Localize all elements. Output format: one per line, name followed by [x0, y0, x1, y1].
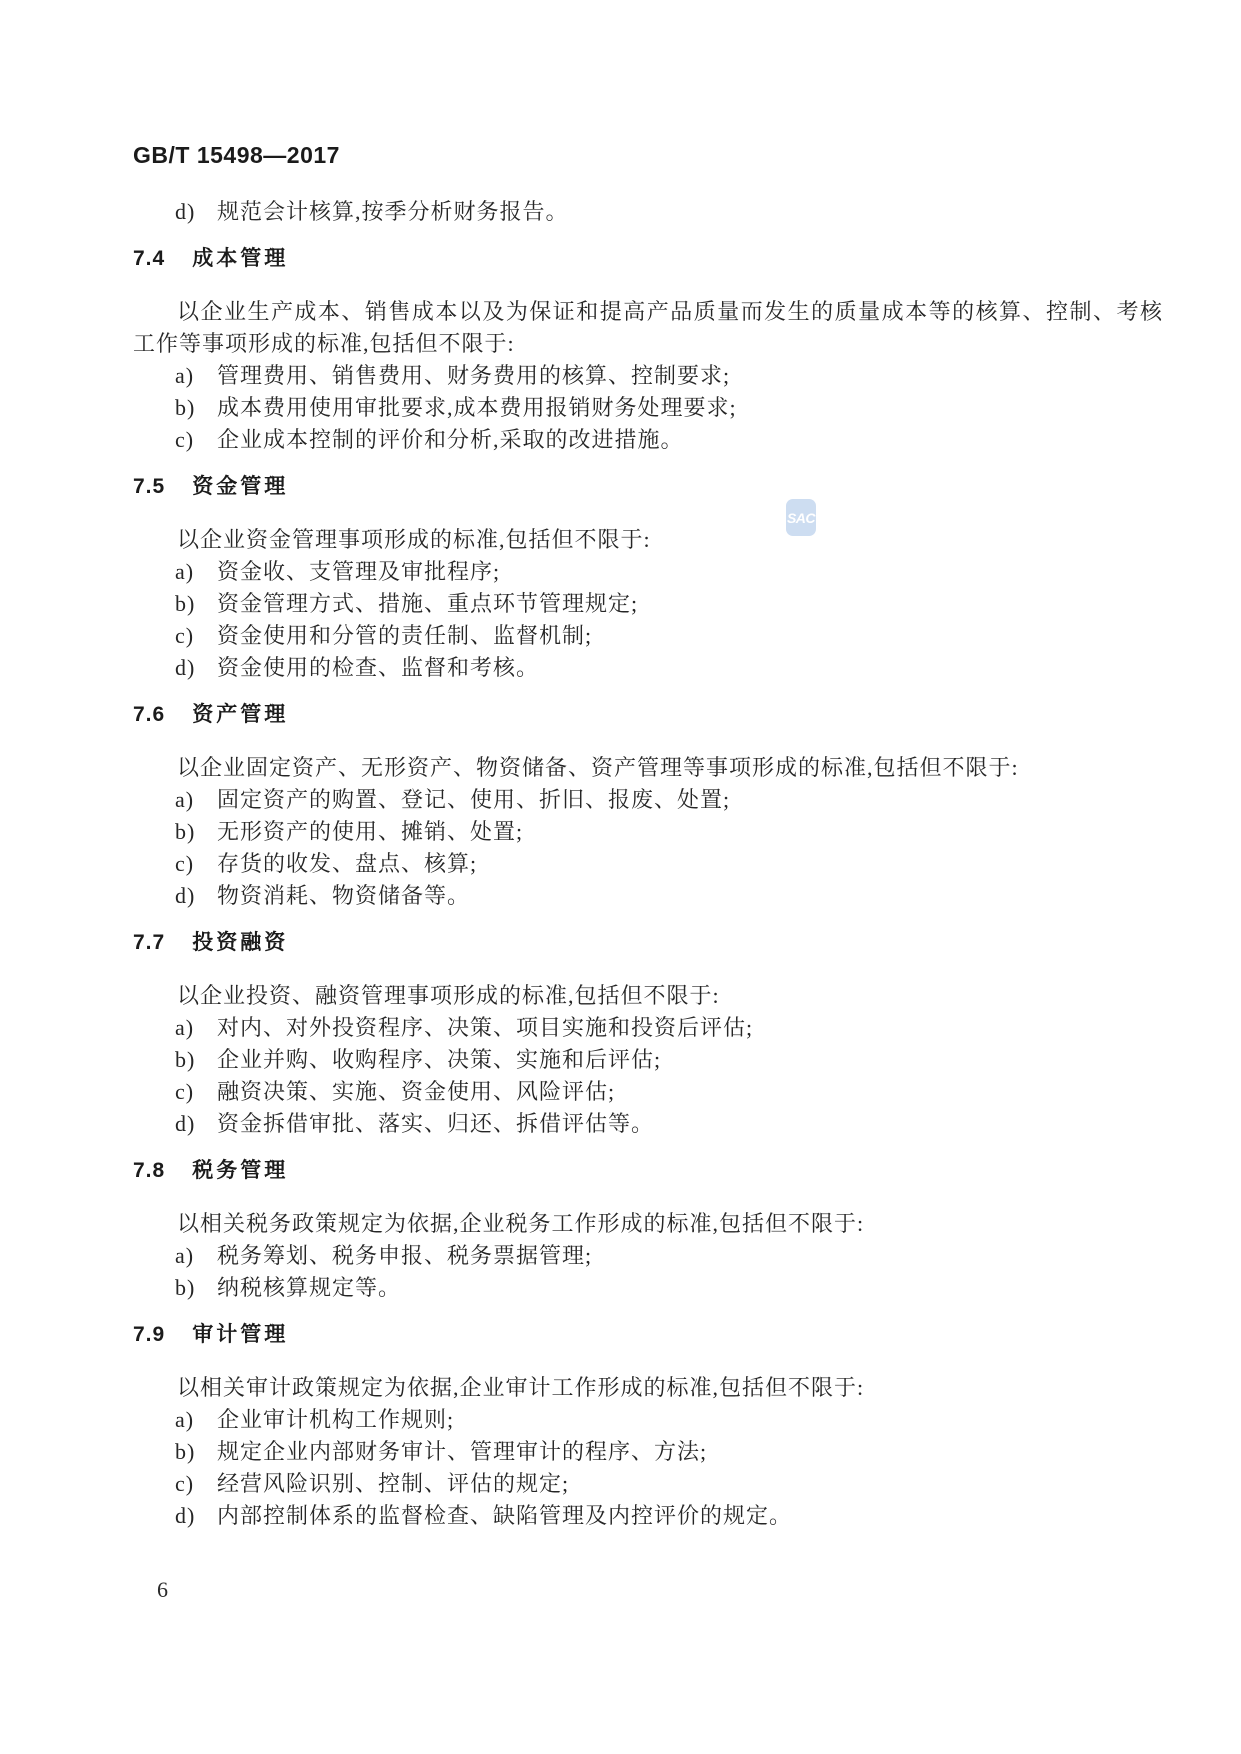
list-item: b) 成本费用使用审批要求,成本费用报销财务处理要求;	[133, 392, 1163, 424]
list-item-text: 企业并购、收购程序、决策、实施和后评估;	[217, 1047, 661, 1072]
section-intro: 以企业生产成本、销售成本以及为保证和提高产品质量而发生的质量成本等的核算、控制、…	[133, 296, 1163, 360]
list-item: b) 纳税核算规定等。	[133, 1272, 1163, 1304]
list-item-text: 规定企业内部财务审计、管理审计的程序、方法;	[217, 1439, 707, 1464]
section-number: 7.4	[133, 243, 165, 275]
section-heading: 7.8 税务管理	[133, 1155, 1163, 1187]
list-item-text: 企业成本控制的评价和分析,采取的改进措施。	[217, 427, 684, 452]
section-title: 成本管理	[192, 243, 288, 275]
list-item-text: 企业审计机构工作规则;	[217, 1407, 454, 1432]
list-item-text: 资金收、支管理及审批程序;	[217, 559, 500, 584]
section-intro: 以企业资金管理事项形成的标准,包括但不限于:	[133, 524, 1163, 556]
section-number: 7.5	[133, 471, 165, 503]
list-item: a) 税务筹划、税务申报、税务票据管理;	[133, 1240, 1163, 1272]
list-item: c) 存货的收发、盘点、核算;	[133, 848, 1163, 880]
list-item: c) 融资决策、实施、资金使用、风险评估;	[133, 1076, 1163, 1108]
section-number: 7.9	[133, 1319, 165, 1351]
section-title: 投资融资	[192, 927, 288, 959]
list-item: b) 企业并购、收购程序、决策、实施和后评估;	[133, 1044, 1163, 1076]
list-item-letter: c)	[175, 848, 194, 880]
list-item-text: 固定资产的购置、登记、使用、折旧、报废、处置;	[217, 787, 730, 812]
section-intro: 以企业投资、融资管理事项形成的标准,包括但不限于:	[133, 980, 1163, 1012]
list-item-letter: c)	[175, 1468, 194, 1500]
list-item-letter: c)	[175, 1076, 194, 1108]
section-heading: 7.9 审计管理	[133, 1319, 1163, 1351]
section-heading: 7.7 投资融资	[133, 927, 1163, 959]
list-item: a) 固定资产的购置、登记、使用、折旧、报废、处置;	[133, 784, 1163, 816]
section-audit-management: 7.9 审计管理 以相关审计政策规定为依据,企业审计工作形成的标准,包括但不限于…	[133, 1319, 1163, 1532]
section-intro: 以相关审计政策规定为依据,企业审计工作形成的标准,包括但不限于:	[133, 1372, 1163, 1404]
list-item-letter: b)	[175, 1436, 195, 1468]
list-item-text: 无形资产的使用、摊销、处置;	[217, 819, 523, 844]
list-item-letter: d)	[175, 652, 195, 684]
list-item-letter: b)	[175, 1044, 195, 1076]
list-item: b) 规定企业内部财务审计、管理审计的程序、方法;	[133, 1436, 1163, 1468]
list-item: a) 企业审计机构工作规则;	[133, 1404, 1163, 1436]
list-item-letter: b)	[175, 816, 195, 848]
list-item-text: 纳税核算规定等。	[217, 1275, 401, 1300]
list-item-letter: d)	[175, 1108, 195, 1140]
list-item-text: 对内、对外投资程序、决策、项目实施和投资后评估;	[217, 1015, 753, 1040]
list-item-text: 规范会计核算,按季分析财务报告。	[217, 199, 569, 224]
list-item-text: 资金管理方式、措施、重点环节管理规定;	[217, 591, 638, 616]
list-item-letter: a)	[175, 360, 194, 392]
list-item: b) 资金管理方式、措施、重点环节管理规定;	[133, 588, 1163, 620]
list-item: d) 内部控制体系的监督检查、缺陷管理及内控评价的规定。	[133, 1500, 1163, 1532]
section-heading: 7.4 成本管理	[133, 243, 1163, 275]
section-title: 税务管理	[192, 1155, 288, 1187]
list-item: a) 管理费用、销售费用、财务费用的核算、控制要求;	[133, 360, 1163, 392]
document-body: d) 规范会计核算,按季分析财务报告。 7.4 成本管理 以企业生产成本、销售成…	[133, 196, 1163, 1532]
section-investment-financing: 7.7 投资融资 以企业投资、融资管理事项形成的标准,包括但不限于: a) 对内…	[133, 927, 1163, 1140]
list-item-letter: d)	[175, 1500, 195, 1532]
list-item-letter: a)	[175, 1012, 194, 1044]
list-item-text: 存货的收发、盘点、核算;	[217, 851, 477, 876]
list-item: c) 企业成本控制的评价和分析,采取的改进措施。	[133, 424, 1163, 456]
list-item-letter: b)	[175, 392, 195, 424]
list-item-letter: b)	[175, 588, 195, 620]
list-item-letter: d)	[175, 196, 195, 228]
section-tax-management: 7.8 税务管理 以相关税务政策规定为依据,企业税务工作形成的标准,包括但不限于…	[133, 1155, 1163, 1304]
doc-number: GB/T 15498—2017	[133, 142, 340, 169]
list-item-letter: c)	[175, 424, 194, 456]
section-fund-management: 7.5 资金管理 以企业资金管理事项形成的标准,包括但不限于: a) 资金收、支…	[133, 471, 1163, 684]
section-title: 资金管理	[192, 471, 288, 503]
list-item: b) 无形资产的使用、摊销、处置;	[133, 816, 1163, 848]
list-item: c) 经营风险识别、控制、评估的规定;	[133, 1468, 1163, 1500]
list-item-text: 物资消耗、物资储备等。	[217, 883, 470, 908]
list-item-text: 资金使用的检查、监督和考核。	[217, 655, 539, 680]
list-item-text: 税务筹划、税务申报、税务票据管理;	[217, 1243, 592, 1268]
list-item-text: 成本费用使用审批要求,成本费用报销财务处理要求;	[217, 395, 737, 420]
page-number: 6	[157, 1577, 168, 1603]
list-item-text: 管理费用、销售费用、财务费用的核算、控制要求;	[217, 363, 730, 388]
list-item: d) 规范会计核算,按季分析财务报告。	[133, 196, 1163, 228]
list-item-letter: a)	[175, 1240, 194, 1272]
list-item-text: 内部控制体系的监督检查、缺陷管理及内控评价的规定。	[217, 1503, 792, 1528]
list-item: a) 资金收、支管理及审批程序;	[133, 556, 1163, 588]
list-item: d) 资金使用的检查、监督和考核。	[133, 652, 1163, 684]
list-item: a) 对内、对外投资程序、决策、项目实施和投资后评估;	[133, 1012, 1163, 1044]
section-number: 7.6	[133, 699, 165, 731]
section-title: 资产管理	[192, 699, 288, 731]
section-title: 审计管理	[192, 1319, 288, 1351]
list-item-letter: a)	[175, 556, 194, 588]
document-page: GB/T 15498—2017 d) 规范会计核算,按季分析财务报告。 7.4 …	[0, 0, 1241, 1754]
list-item-letter: a)	[175, 784, 194, 816]
section-asset-management: 7.6 资产管理 以企业固定资产、无形资产、物资储备、资产管理等事项形成的标准,…	[133, 699, 1163, 912]
list-item-text: 资金使用和分管的责任制、监督机制;	[217, 623, 592, 648]
section-number: 7.7	[133, 927, 165, 959]
section-intro: 以相关税务政策规定为依据,企业税务工作形成的标准,包括但不限于:	[133, 1208, 1163, 1240]
section-number: 7.8	[133, 1155, 165, 1187]
list-item-text: 融资决策、实施、资金使用、风险评估;	[217, 1079, 615, 1104]
section-heading: 7.5 资金管理	[133, 471, 1163, 503]
list-item: d) 物资消耗、物资储备等。	[133, 880, 1163, 912]
section-heading: 7.6 资产管理	[133, 699, 1163, 731]
list-item-letter: a)	[175, 1404, 194, 1436]
list-item-text: 经营风险识别、控制、评估的规定;	[217, 1471, 569, 1496]
section-intro: 以企业固定资产、无形资产、物资储备、资产管理等事项形成的标准,包括但不限于:	[133, 752, 1163, 784]
list-item-text: 资金拆借审批、落实、归还、拆借评估等。	[217, 1111, 654, 1136]
list-item-letter: b)	[175, 1272, 195, 1304]
list-item: d) 资金拆借审批、落实、归还、拆借评估等。	[133, 1108, 1163, 1140]
list-item: c) 资金使用和分管的责任制、监督机制;	[133, 620, 1163, 652]
section-cost-management: 7.4 成本管理 以企业生产成本、销售成本以及为保证和提高产品质量而发生的质量成…	[133, 243, 1163, 456]
sac-watermark-icon: SAC	[786, 499, 816, 536]
sac-watermark-text: SAC	[787, 510, 815, 526]
list-item-letter: c)	[175, 620, 194, 652]
list-item-letter: d)	[175, 880, 195, 912]
